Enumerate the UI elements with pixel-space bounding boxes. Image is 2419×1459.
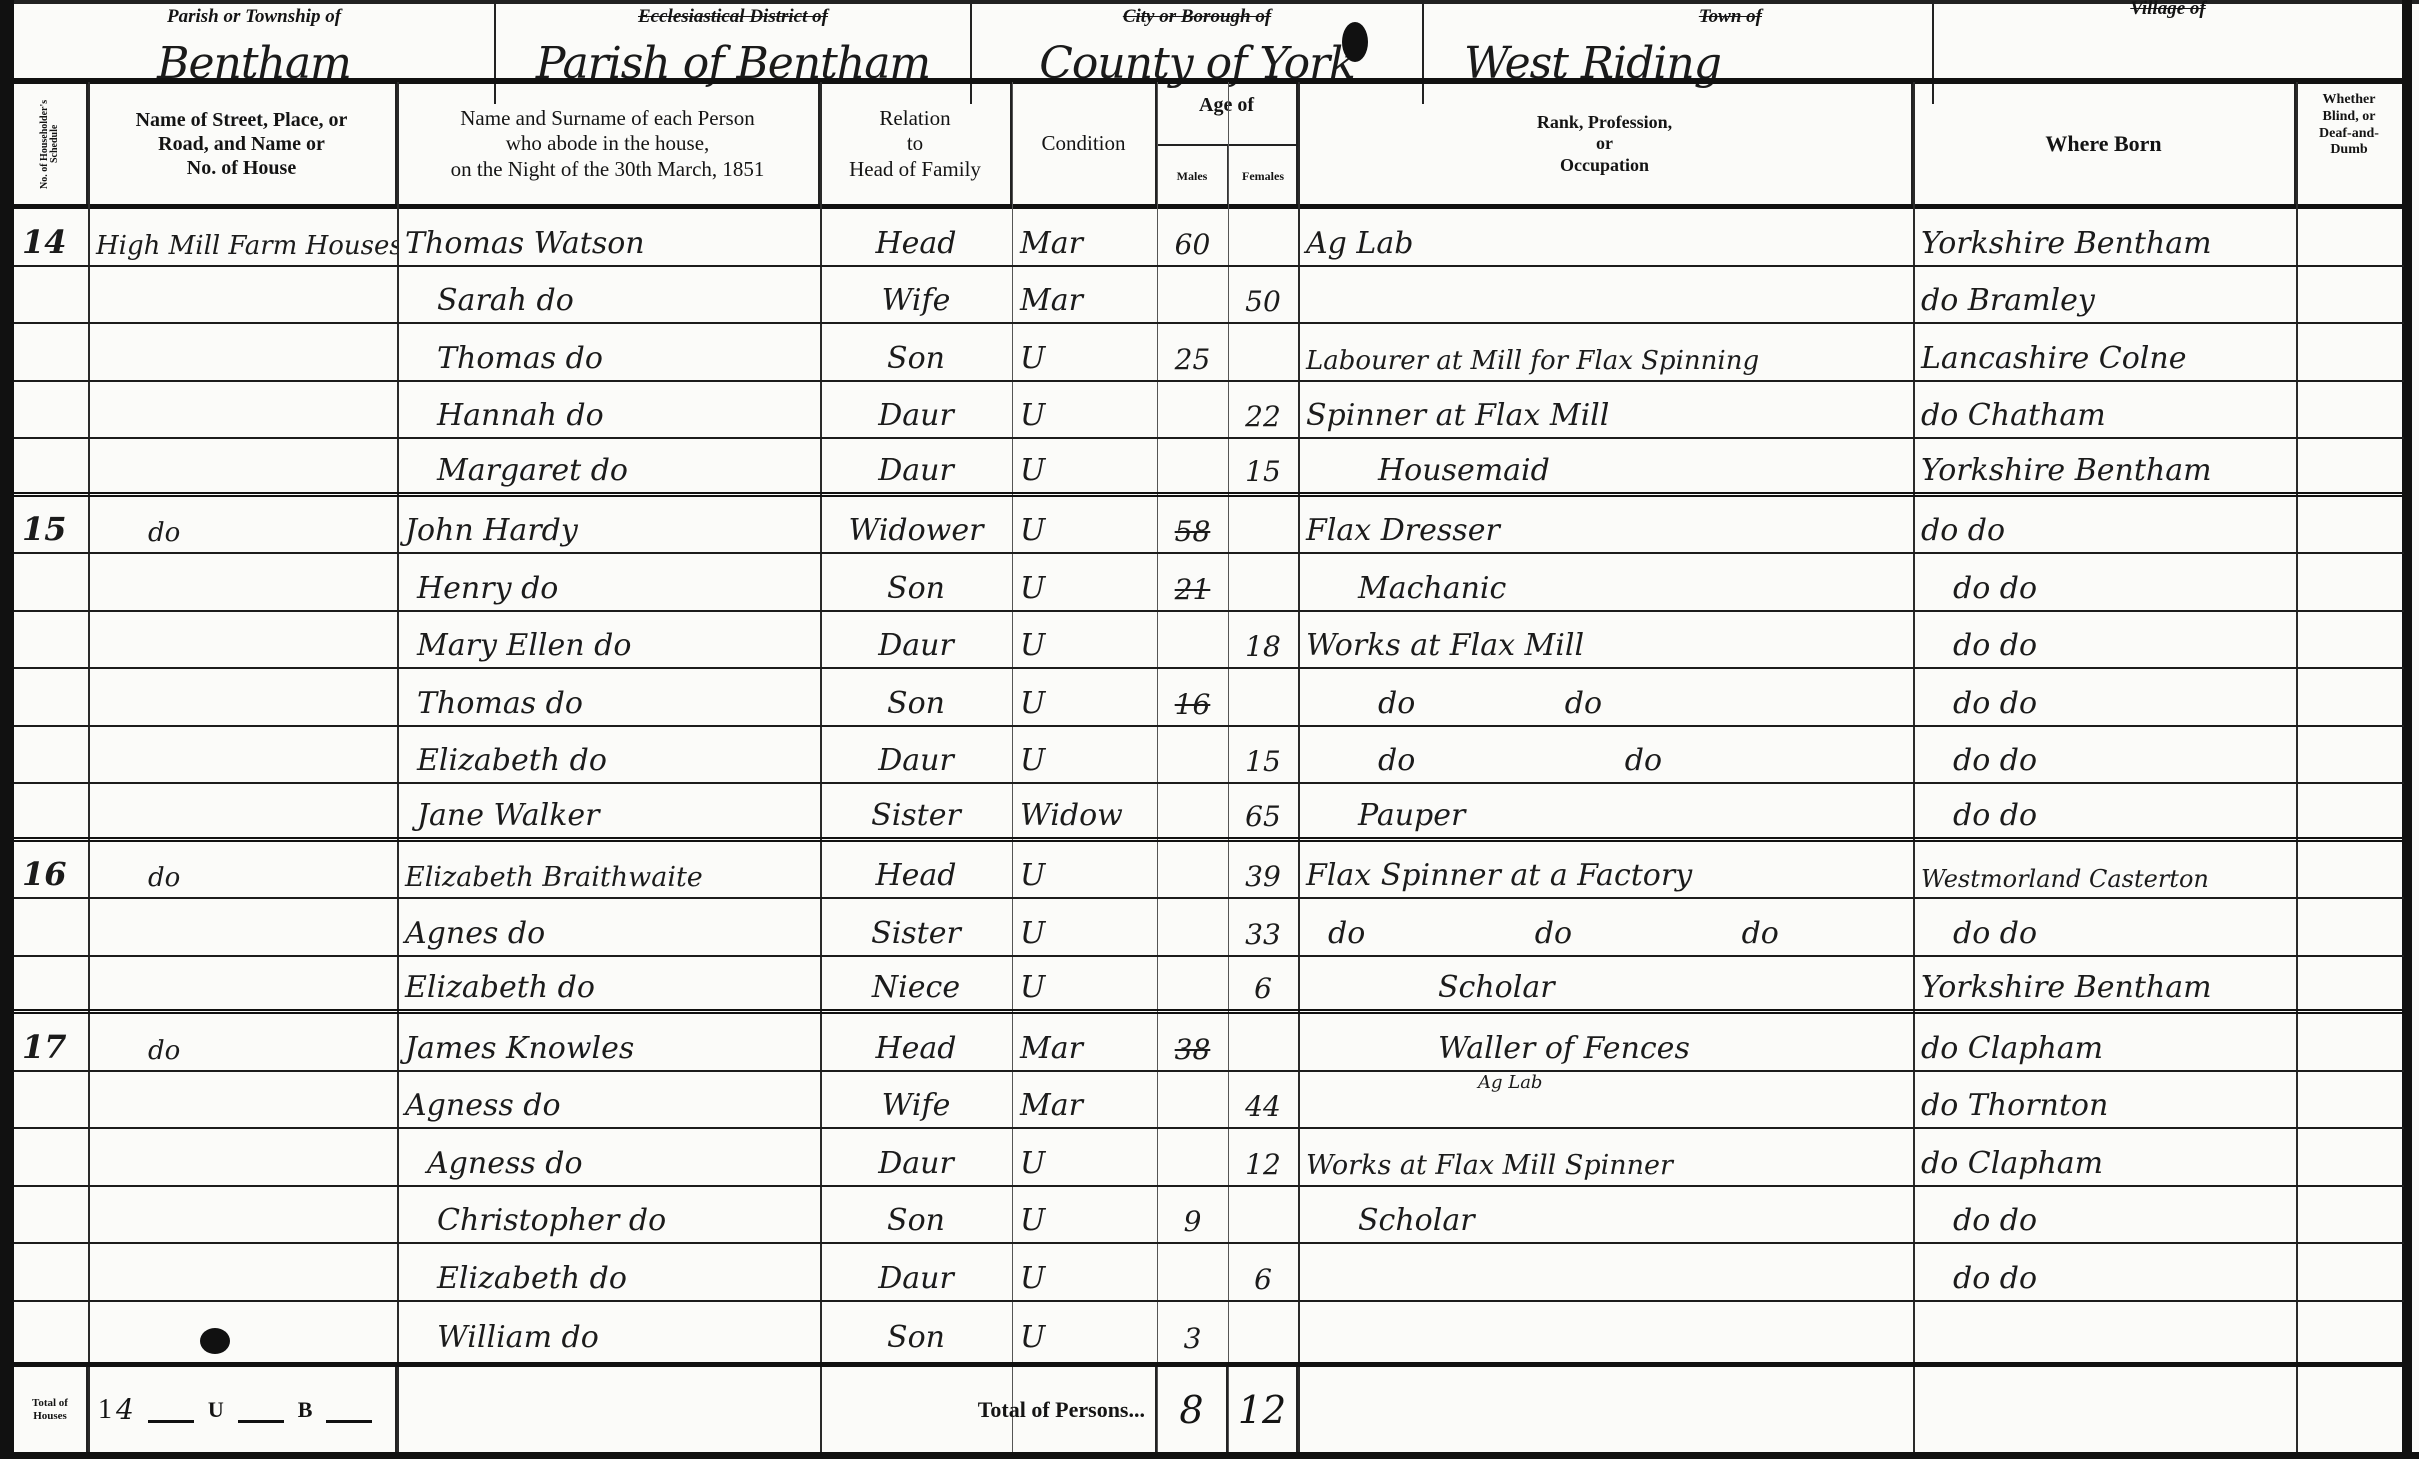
schedule-number (14, 669, 88, 725)
blind-cell (2296, 267, 2404, 323)
schedule-number (14, 1244, 88, 1300)
occupation-cell: Works at Flax Mill (1298, 612, 1913, 668)
schedule-number (14, 1129, 88, 1185)
total-persons-label: Total of Persons... (397, 1367, 1157, 1452)
table-row: Sarah do Wife Mar 50 do Bramley (14, 267, 2404, 325)
table-row: Agness do Daur U 12 Works at Flax Mill S… (14, 1129, 2404, 1187)
condition-cell: U (1012, 554, 1157, 610)
schedule-number (14, 1302, 88, 1360)
blind-cell (2296, 439, 2404, 492)
name-cell: Henry do (397, 554, 820, 610)
name-cell: Thomas do (397, 669, 820, 725)
district-parish-label: Parish or Township of (14, 6, 494, 28)
header-condition: Condition (1012, 82, 1157, 206)
table-row: Thomas do Son U 16 do do do do (14, 669, 2404, 727)
age-male-cell: 25 (1157, 324, 1228, 380)
age-female-cell (1228, 324, 1298, 380)
relation-cell: Son (820, 324, 1012, 380)
name-cell: Thomas Watson (397, 209, 820, 265)
total-houses-values: 1 4 U B (88, 1367, 397, 1452)
where-born-cell: do Thornton (1913, 1072, 2296, 1128)
street-cell (88, 612, 397, 668)
total-females: 12 (1228, 1367, 1298, 1452)
schedule-number: 15 (14, 497, 88, 553)
relation-cell: Widower (820, 497, 1012, 553)
age-male-cell (1157, 842, 1228, 898)
condition-cell: U (1012, 899, 1157, 955)
schedule-number (14, 554, 88, 610)
table-row: 15 do John Hardy Widower U 58 Flax Dress… (14, 497, 2404, 555)
header-relation-line-3: Head of Family (849, 157, 981, 182)
district-town-label: Town of (1424, 6, 1932, 28)
street-cell: do (88, 1014, 397, 1070)
total-houses-inhabited: 4 (116, 1393, 134, 1426)
relation-cell: Son (820, 1187, 1012, 1243)
age-male-cell: 9 (1157, 1187, 1228, 1243)
table-row: 16 do Elizabeth Braithwaite Head U 39 Fl… (14, 842, 2404, 900)
street-cell (88, 1072, 397, 1128)
name-cell: Elizabeth do (397, 727, 820, 783)
blind-cell (2296, 382, 2404, 438)
occupation-cell: Flax Dresser (1298, 497, 1913, 553)
header-name-line-3: on the Night of the 30th March, 1851 (451, 157, 765, 182)
total-houses-label: Total of Houses (14, 1367, 88, 1452)
blind-cell (2296, 1187, 2404, 1243)
census-table: 14 High Mill Farm Houses Thomas Watson H… (14, 209, 2404, 1359)
age-female-cell: 22 (1228, 382, 1298, 438)
age-male-cell: 60 (1157, 209, 1228, 265)
age-female-cell (1228, 209, 1298, 265)
header-name: Name and Surname of each Person who abod… (397, 82, 820, 206)
street-cell (88, 324, 397, 380)
table-row: Hannah do Daur U 22 Spinner at Flax Mill… (14, 382, 2404, 440)
blind-cell (2296, 1129, 2404, 1185)
age-female-cell: 39 (1228, 842, 1298, 898)
where-born-cell: do do (1913, 727, 2296, 783)
header-blind-line-3: Deaf-and- (2319, 126, 2379, 143)
table-row: Thomas do Son U 25 Labourer at Mill for … (14, 324, 2404, 382)
where-born-cell: do do (1913, 899, 2296, 955)
table-row: Christopher do Son U 9 Scholar do do (14, 1187, 2404, 1245)
street-cell: do (88, 497, 397, 553)
blind-cell (2296, 899, 2404, 955)
where-born-cell: do Bramley (1913, 267, 2296, 323)
age-male-cell (1157, 1072, 1228, 1128)
totals-row: Total of Houses 1 4 U B Total of Persons… (14, 1362, 2404, 1452)
table-row: Elizabeth do Daur U 6 do do (14, 1244, 2404, 1302)
blind-cell (2296, 497, 2404, 553)
where-born-cell: Yorkshire Bentham (1913, 439, 2296, 492)
header-blind: Whether Blind, or Deaf-and- Dumb (2296, 82, 2402, 206)
condition-cell: Mar (1012, 267, 1157, 323)
blind-cell (2296, 1014, 2404, 1070)
occupation-cell: Flax Spinner at a Factory (1298, 842, 1913, 898)
schedule-number: 17 (14, 1014, 88, 1070)
table-row: William do Son U 3 (14, 1302, 2404, 1360)
condition-cell: U (1012, 1187, 1157, 1243)
condition-cell: U (1012, 669, 1157, 725)
age-male-cell (1157, 784, 1228, 837)
blank-line (148, 1420, 194, 1423)
table-row: Agness do Wife Mar 44 Ag Lab do Thornton (14, 1072, 2404, 1130)
header-blind-line-4: Dumb (2319, 142, 2379, 159)
name-cell: Thomas do (397, 324, 820, 380)
age-male-cell (1157, 267, 1228, 323)
relation-cell: Niece (820, 957, 1012, 1010)
building-label: B (298, 1397, 313, 1423)
age-female-cell (1228, 497, 1298, 553)
total-houses-prefix: 1 (98, 1394, 112, 1426)
occupation-cell: do do (1298, 669, 1913, 725)
ink-blot (200, 1328, 230, 1354)
occupation-cell: Housemaid (1298, 439, 1913, 492)
where-born-cell: do do (1913, 669, 2296, 725)
table-row: Margaret do Daur U 15 Housemaid Yorkshir… (14, 439, 2404, 497)
name-cell: Jane Walker (397, 784, 820, 837)
header-occupation-line-3: Occupation (1537, 155, 1672, 177)
relation-cell: Sister (820, 784, 1012, 837)
street-cell: High Mill Farm Houses (88, 209, 397, 265)
blind-cell (2296, 1302, 2404, 1360)
street-cell (88, 1244, 397, 1300)
occupation-insert-note: Ag Lab (1298, 1072, 1913, 1128)
district-village-label: Village of (1934, 0, 2402, 20)
where-born-cell (1913, 1302, 2296, 1360)
age-female-cell: 15 (1228, 439, 1298, 492)
occupation-cell: Scholar (1298, 957, 1913, 1010)
age-male-cell: 3 (1157, 1302, 1228, 1360)
header-condition-label: Condition (1041, 131, 1125, 156)
table-row: 14 High Mill Farm Houses Thomas Watson H… (14, 209, 2404, 267)
age-female-cell: 6 (1228, 1244, 1298, 1300)
where-born-cell: do do (1913, 784, 2296, 837)
schedule-number (14, 1072, 88, 1128)
page-border-left (0, 0, 14, 1459)
relation-cell: Wife (820, 1072, 1012, 1128)
age-female-cell: 44 (1228, 1072, 1298, 1128)
street-cell (88, 784, 397, 837)
name-cell: Mary Ellen do (397, 612, 820, 668)
condition-cell: U (1012, 497, 1157, 553)
condition-cell: U (1012, 439, 1157, 492)
header-street-line-1: Name of Street, Place, or (136, 108, 348, 132)
blind-cell (2296, 554, 2404, 610)
where-born-cell: Lancashire Colne (1913, 324, 2296, 380)
street-cell (88, 439, 397, 492)
occupation-cell (1298, 1244, 1913, 1300)
name-cell: John Hardy (397, 497, 820, 553)
header-schedule: No. of Householder's Schedule (14, 82, 88, 206)
age-female-cell (1228, 1014, 1298, 1070)
street-cell (88, 669, 397, 725)
occupation-cell: Spinner at Flax Mill (1298, 382, 1913, 438)
where-born-cell: do do (1913, 554, 2296, 610)
table-row: Henry do Son U 21 Machanic do do (14, 554, 2404, 612)
header-street: Name of Street, Place, or Road, and Name… (88, 82, 397, 206)
age-female-cell (1228, 1302, 1298, 1360)
age-male-cell: 58 (1157, 497, 1228, 553)
age-female-cell: 15 (1228, 727, 1298, 783)
name-cell: Agnes do (397, 899, 820, 955)
where-born-cell: do Chatham (1913, 382, 2296, 438)
schedule-number (14, 957, 88, 1010)
census-page: Parish or Township of Bentham Ecclesiast… (0, 0, 2419, 1459)
occupation-cell: do do (1298, 727, 1913, 783)
age-male-cell (1157, 1129, 1228, 1185)
condition-cell: U (1012, 1129, 1157, 1185)
schedule-number (14, 899, 88, 955)
where-born-cell: do do (1913, 1244, 2296, 1300)
header-relation-line-2: to (849, 131, 981, 156)
condition-cell: Widow (1012, 784, 1157, 837)
ink-blot (1342, 22, 1368, 62)
street-cell (88, 1187, 397, 1243)
condition-cell: U (1012, 957, 1157, 1010)
where-born-cell: Yorkshire Bentham (1913, 209, 2296, 265)
schedule-number (14, 784, 88, 837)
street-cell (88, 1302, 397, 1360)
name-cell: Christopher do (397, 1187, 820, 1243)
name-cell: James Knowles (397, 1014, 820, 1070)
name-cell: Elizabeth do (397, 1244, 820, 1300)
relation-cell: Son (820, 669, 1012, 725)
age-male-cell (1157, 382, 1228, 438)
name-cell: Sarah do (397, 267, 820, 323)
occupation-cell: Waller of Fences (1298, 1014, 1913, 1070)
occupation-cell: Ag Lab (1298, 209, 1913, 265)
relation-cell: Daur (820, 727, 1012, 783)
street-cell (88, 382, 397, 438)
where-born-cell: Westmorland Casterton (1913, 842, 2296, 898)
district-ecclesiastical-label: Ecclesiastical District of (496, 6, 970, 28)
blind-cell (2296, 842, 2404, 898)
header-blind-line-2: Blind, or (2319, 109, 2379, 126)
header-occupation-line-1: Rank, Profession, (1537, 112, 1672, 134)
occupation-cell: Pauper (1298, 784, 1913, 837)
condition-cell: U (1012, 842, 1157, 898)
occupation-cell: do do do (1298, 899, 1913, 955)
age-male-cell (1157, 899, 1228, 955)
condition-cell: Mar (1012, 209, 1157, 265)
where-born-cell: do Clapham (1913, 1129, 2296, 1185)
relation-cell: Wife (820, 267, 1012, 323)
age-female-cell: 50 (1228, 267, 1298, 323)
relation-cell: Daur (820, 612, 1012, 668)
relation-cell: Daur (820, 439, 1012, 492)
age-female-cell: 18 (1228, 612, 1298, 668)
condition-cell: U (1012, 382, 1157, 438)
age-male-cell: 16 (1157, 669, 1228, 725)
relation-cell: Daur (820, 1129, 1012, 1185)
age-female-cell: 6 (1228, 957, 1298, 1010)
age-male-cell (1157, 727, 1228, 783)
age-female-cell: 12 (1228, 1129, 1298, 1185)
header-schedule-label: No. of Householder's Schedule (40, 82, 60, 206)
age-male-cell: 21 (1157, 554, 1228, 610)
header-age-title: Age of (1157, 94, 1296, 117)
relation-cell: Head (820, 842, 1012, 898)
relation-cell: Head (820, 1014, 1012, 1070)
age-male-cell (1157, 957, 1228, 1010)
occupation-cell: Machanic (1298, 554, 1913, 610)
schedule-number: 16 (14, 842, 88, 898)
relation-cell: Daur (820, 382, 1012, 438)
schedule-number (14, 727, 88, 783)
table-row: Agnes do Sister U 33 do do do do do (14, 899, 2404, 957)
where-born-cell: do do (1913, 612, 2296, 668)
condition-cell: Mar (1012, 1014, 1157, 1070)
occupation-cell: Works at Flax Mill Spinner (1298, 1129, 1913, 1185)
name-cell: Margaret do (397, 439, 820, 492)
total-males: 8 (1157, 1367, 1228, 1452)
header-blind-line-1: Whether (2319, 92, 2379, 109)
street-cell (88, 957, 397, 1010)
name-cell: Agness do (397, 1129, 820, 1185)
header-age-females: Females (1228, 146, 1298, 206)
occupation-cell (1298, 267, 1913, 323)
name-cell: Hannah do (397, 382, 820, 438)
age-female-cell: 65 (1228, 784, 1298, 837)
age-female-cell (1228, 1187, 1298, 1243)
name-cell: Agness do (397, 1072, 820, 1128)
header-name-line-1: Name and Surname of each Person (451, 106, 765, 131)
uninhabited-label: U (208, 1397, 224, 1423)
condition-cell: U (1012, 1244, 1157, 1300)
where-born-cell: Yorkshire Bentham (1913, 957, 2296, 1010)
relation-cell: Head (820, 209, 1012, 265)
blind-cell (2296, 1072, 2404, 1128)
header-occupation-line-2: or (1537, 133, 1672, 155)
header-top-rule (14, 80, 2404, 84)
age-male-cell: 38 (1157, 1014, 1228, 1070)
schedule-number: 14 (14, 209, 88, 265)
table-row: Mary Ellen do Daur U 18 Works at Flax Mi… (14, 612, 2404, 670)
age-female-cell (1228, 669, 1298, 725)
blind-cell (2296, 727, 2404, 783)
page-border-bottom (0, 1452, 2419, 1459)
age-male-cell (1157, 1244, 1228, 1300)
schedule-number (14, 324, 88, 380)
condition-cell: Mar (1012, 1072, 1157, 1128)
where-born-cell: do Clapham (1913, 1014, 2296, 1070)
blind-cell (2296, 669, 2404, 725)
table-row: Elizabeth do Daur U 15 do do do do (14, 727, 2404, 785)
blind-cell (2296, 784, 2404, 837)
relation-cell: Daur (820, 1244, 1012, 1300)
where-born-cell: do do (1913, 497, 2296, 553)
condition-cell: U (1012, 612, 1157, 668)
age-male-cell (1157, 439, 1228, 492)
header-relation-line-1: Relation (849, 106, 981, 131)
table-row: 17 do James Knowles Head Mar 38 Waller o… (14, 1014, 2404, 1072)
name-cell: Elizabeth do (397, 957, 820, 1010)
relation-cell: Sister (820, 899, 1012, 955)
street-cell (88, 554, 397, 610)
relation-cell: Son (820, 554, 1012, 610)
relation-cell: Son (820, 1302, 1012, 1360)
condition-cell: U (1012, 324, 1157, 380)
blind-cell (2296, 612, 2404, 668)
header-relation: Relation to Head of Family (820, 82, 1012, 206)
where-born-cell: do do (1913, 1187, 2296, 1243)
occupation-cell: Labourer at Mill for Flax Spinning (1298, 324, 1913, 380)
blank-line (238, 1420, 284, 1423)
header-where-born-label: Where Born (2045, 131, 2161, 157)
header-where-born: Where Born (1913, 82, 2296, 206)
name-cell: William do (397, 1302, 820, 1360)
schedule-number (14, 439, 88, 492)
street-cell (88, 899, 397, 955)
blind-cell (2296, 957, 2404, 1010)
name-cell: Elizabeth Braithwaite (397, 842, 820, 898)
age-female-cell (1228, 554, 1298, 610)
blind-cell (2296, 324, 2404, 380)
occupation-cell (1298, 1302, 1913, 1360)
schedule-number (14, 1187, 88, 1243)
header-occupation: Rank, Profession, or Occupation (1298, 82, 1913, 206)
occupation-cell: Scholar (1298, 1187, 1913, 1243)
age-female-cell: 33 (1228, 899, 1298, 955)
street-cell (88, 267, 397, 323)
street-cell (88, 727, 397, 783)
condition-cell: U (1012, 1302, 1157, 1360)
blind-cell (2296, 1244, 2404, 1300)
header-street-line-3: No. of House (136, 156, 348, 180)
header-name-line-2: who abode in the house, (451, 131, 765, 156)
street-cell (88, 1129, 397, 1185)
condition-cell: U (1012, 727, 1157, 783)
blank-line (326, 1420, 372, 1423)
street-cell: do (88, 842, 397, 898)
table-row: Elizabeth do Niece U 6 Scholar Yorkshire… (14, 957, 2404, 1015)
age-male-cell (1157, 612, 1228, 668)
blind-cell (2296, 209, 2404, 265)
schedule-number (14, 267, 88, 323)
schedule-number (14, 382, 88, 438)
header-age-males: Males (1157, 146, 1228, 206)
header-street-line-2: Road, and Name or (136, 132, 348, 156)
table-row: Jane Walker Sister Widow 65 Pauper do do (14, 784, 2404, 842)
schedule-number (14, 612, 88, 668)
